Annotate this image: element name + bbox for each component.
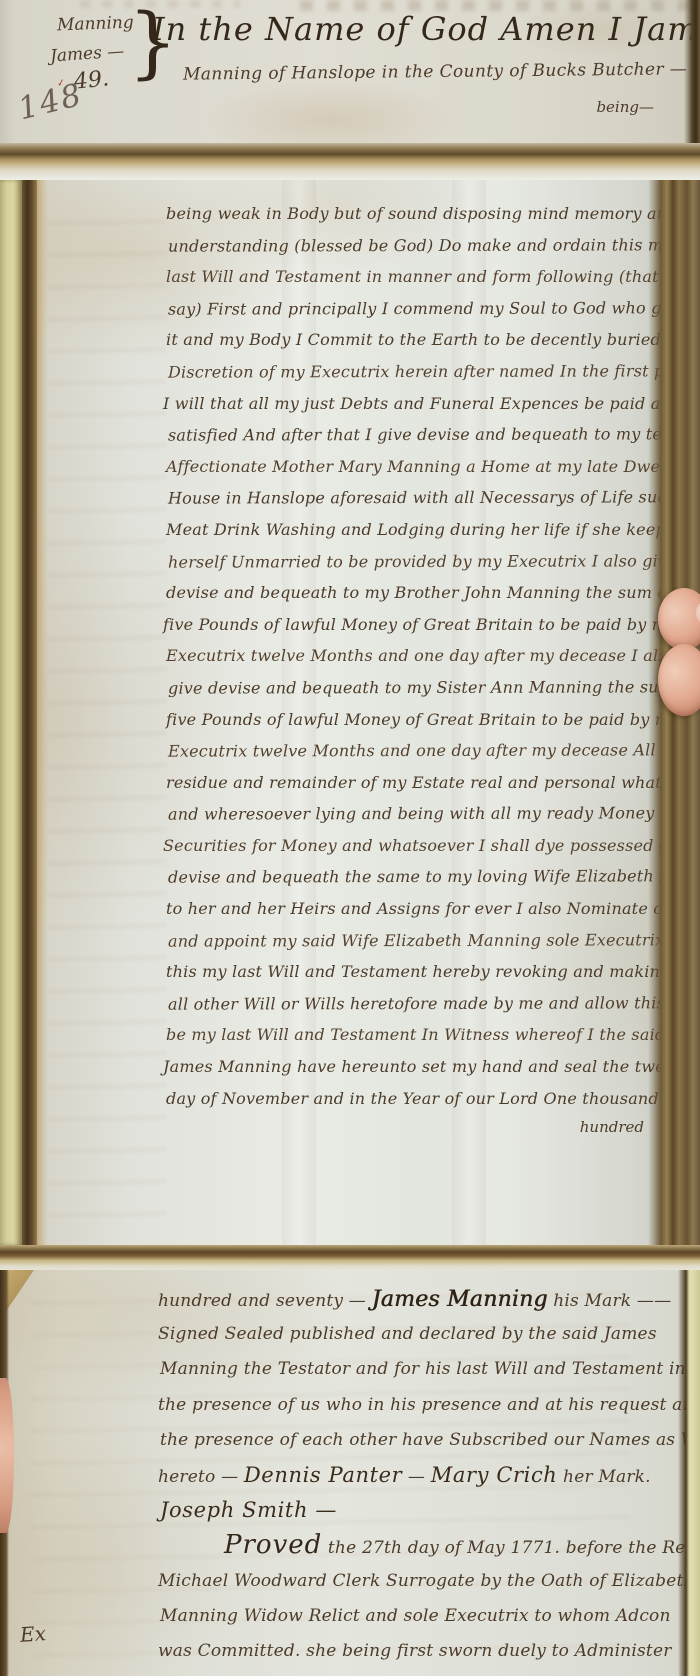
text-line: devise and bequeath the same to my lovin… bbox=[168, 861, 650, 894]
page-fold-edge-upper bbox=[0, 143, 700, 180]
proved-word: Proved bbox=[224, 1530, 322, 1560]
main-manuscript-page: being weak in Body but of sound disposin… bbox=[0, 180, 700, 1245]
text-fragment: hereto — bbox=[158, 1467, 244, 1487]
text-line: five Pounds of lawful Money of Great Bri… bbox=[166, 704, 648, 736]
cover-edge-strip bbox=[0, 180, 22, 1245]
witness-signature: Dennis Panter bbox=[244, 1463, 402, 1487]
finger-holding-page bbox=[652, 588, 700, 722]
text-line: devise and bequeath to my Brother John M… bbox=[166, 577, 648, 609]
testator-description-line: Manning of Hanslope in the County of Buc… bbox=[183, 59, 687, 84]
invocation-heading: In the Name of God Amen I James bbox=[152, 10, 700, 48]
text-line: and wheresoever lying and being with all… bbox=[168, 798, 650, 831]
text-fragment: hundred and seventy — bbox=[158, 1291, 372, 1311]
text-fragment: her Mark. bbox=[557, 1467, 650, 1487]
finger-holding-page bbox=[0, 1378, 14, 1533]
page-edge-shadow bbox=[37, 180, 48, 1245]
text-line: James Manning have hereunto set my hand … bbox=[163, 1051, 645, 1083]
text-line: and appoint my said Wife Elizabeth Manni… bbox=[168, 924, 650, 957]
text-line: Meat Drink Washing and Lodging during he… bbox=[166, 514, 648, 546]
attestation-and-probate-text: hundred and seventy — James Manning his … bbox=[158, 1282, 658, 1669]
text-line: Securities for Money and whatsoever I sh… bbox=[163, 830, 645, 862]
text-line: the presence of us who in his presence a… bbox=[158, 1388, 658, 1423]
witness-signature: Joseph Smith — bbox=[160, 1493, 660, 1528]
text-fragment: the 27th day of May 1771. before the Rev… bbox=[322, 1538, 700, 1558]
attestation-clause: Signed Sealed published and declared by … bbox=[158, 1317, 658, 1458]
will-register-page-photo: Manning James — 49. ✓ 148 } In the Name … bbox=[0, 0, 700, 1676]
book-fore-edge bbox=[684, 0, 700, 150]
text-line: Michael Woodward Clerk Surrogate by the … bbox=[158, 1564, 658, 1599]
text-fragment: — bbox=[402, 1467, 430, 1487]
text-line: Affectionate Mother Mary Manning a Home … bbox=[166, 451, 648, 483]
text-line: Discretion of my Executrix herein after … bbox=[168, 355, 650, 388]
text-line: say) First and principally I commend my … bbox=[168, 292, 650, 325]
folio-number: 148 bbox=[15, 77, 87, 128]
text-line: Executrix twelve Months and one day afte… bbox=[168, 734, 650, 767]
examined-margin-note: Ex bbox=[19, 1621, 47, 1647]
text-line: was Committed. she being first sworn due… bbox=[158, 1634, 658, 1669]
text-line: it and my Body I Commit to the Earth to … bbox=[166, 324, 648, 356]
text-line: being weak in Body but of sound disposin… bbox=[166, 198, 648, 230]
page-fold-edge-lower bbox=[0, 1245, 700, 1270]
text-line: Manning the Testator and for his last Wi… bbox=[160, 1352, 660, 1387]
fingertip bbox=[658, 588, 700, 650]
bleedthrough-ghost-text bbox=[48, 200, 166, 1220]
text-line: give devise and bequeath to my Sister An… bbox=[168, 671, 650, 704]
fingernail bbox=[696, 602, 700, 624]
text-line: herself Unmarried to be provided by my E… bbox=[168, 545, 650, 578]
testator-signature: James Manning bbox=[372, 1287, 548, 1312]
page-catchword: hundred bbox=[580, 1118, 644, 1136]
text-line: the presence of each other have Subscrib… bbox=[160, 1423, 660, 1458]
continuation-page: hundred and seventy — James Manning his … bbox=[0, 1270, 700, 1676]
header-page: Manning James — 49. ✓ 148 } In the Name … bbox=[0, 0, 700, 150]
will-body-text: being weak in Body but of sound disposin… bbox=[166, 198, 648, 1114]
probate-opening-line: Proved the 27th day of May 1771. before … bbox=[158, 1528, 658, 1563]
margin-surname: Manning bbox=[57, 13, 134, 36]
text-line: Executrix twelve Months and one day afte… bbox=[166, 640, 648, 672]
text-line: day of November and in the Year of our L… bbox=[166, 1083, 648, 1115]
text-line: residue and remainder of my Estate real … bbox=[166, 767, 648, 799]
header-catchword: being— bbox=[596, 98, 654, 116]
text-line: I will that all my just Debts and Funera… bbox=[163, 388, 645, 420]
text-line: Signed Sealed published and declared by … bbox=[158, 1317, 658, 1352]
text-line: last Will and Testament in manner and fo… bbox=[166, 261, 648, 293]
text-line: Manning Widow Relict and sole Executrix … bbox=[160, 1599, 660, 1634]
text-line: all other Will or Wills heretofore made … bbox=[168, 987, 650, 1020]
text-line: satisfied And after that I give devise a… bbox=[168, 419, 650, 452]
text-line: House in Hanslope aforesaid with all Nec… bbox=[168, 482, 650, 515]
cover-edge-strip bbox=[678, 1270, 700, 1676]
text-fragment: his Mark —— bbox=[548, 1291, 672, 1311]
text-line: understanding (blessed be God) Do make a… bbox=[168, 229, 650, 262]
probate-clause: Michael Woodward Clerk Surrogate by the … bbox=[158, 1564, 658, 1670]
text-line: this my last Will and Testament hereby r… bbox=[166, 956, 648, 988]
text-line: five Pounds of lawful Money of Great Bri… bbox=[163, 609, 645, 641]
fingertip bbox=[658, 644, 700, 716]
text-line: to her and her Heirs and Assigns for eve… bbox=[166, 893, 648, 925]
text-line: be my last Will and Testament In Witness… bbox=[166, 1019, 648, 1051]
witness-signature: Mary Crich bbox=[431, 1463, 558, 1487]
witness-line: hereto — Dennis Panter — Mary Crich her … bbox=[158, 1458, 658, 1493]
binding-gutter bbox=[22, 180, 37, 1245]
signature-line: hundred and seventy — James Manning his … bbox=[158, 1282, 658, 1317]
margin-forename: James — bbox=[49, 41, 124, 66]
